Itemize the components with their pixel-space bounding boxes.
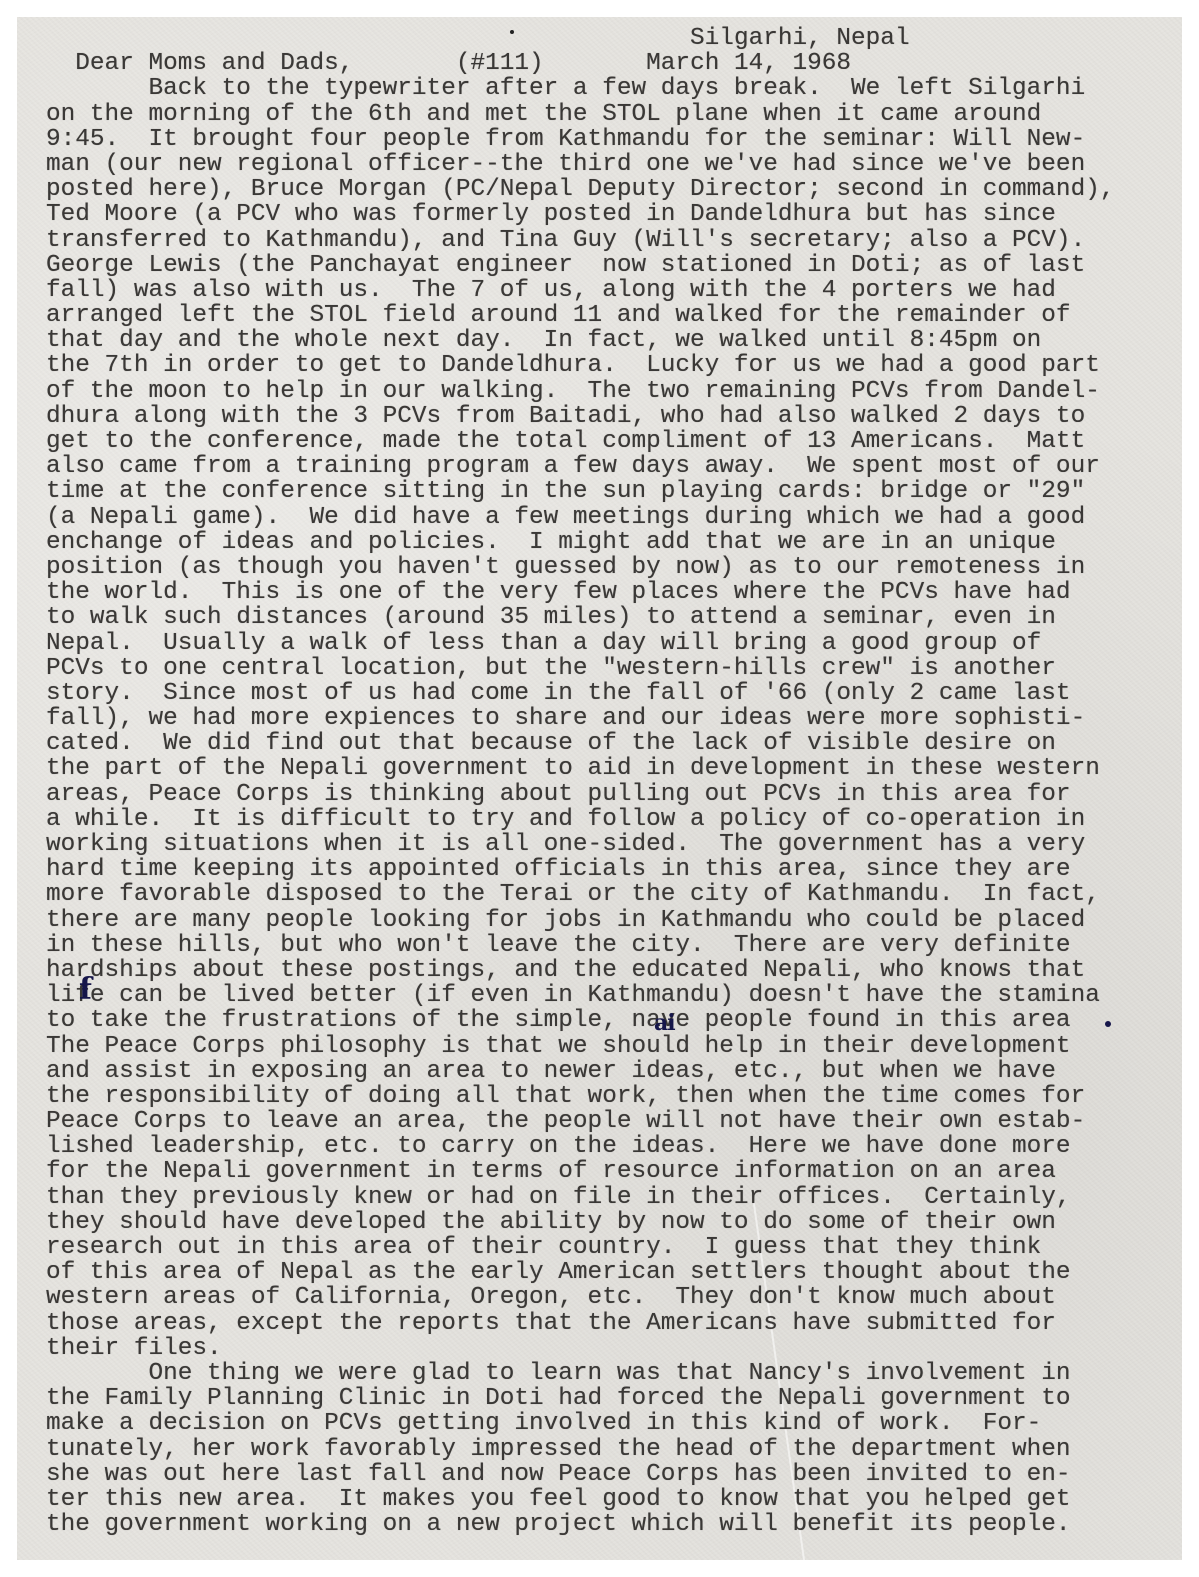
typed-line: a while. It is difficult to try and foll…	[46, 807, 1114, 832]
typed-line: arranged left the STOL field around 11 a…	[46, 303, 1114, 328]
typed-line: PCVs to one central location, but the "w…	[46, 656, 1114, 681]
typed-line: the world. This is one of the very few p…	[46, 580, 1114, 605]
salutation: Dear Moms and Dads,	[75, 50, 353, 77]
typed-line: hardships about these postings, and the …	[46, 958, 1114, 983]
typed-line: of this area of Nepal as the early Ameri…	[46, 1260, 1114, 1285]
typed-line: they should have developed the ability b…	[46, 1210, 1114, 1235]
typed-line: fall) was also with us. The 7 of us, alo…	[46, 278, 1114, 303]
typed-line: that day and the whole next day. In fact…	[46, 328, 1114, 353]
typed-line: make a decision on PCVs getting involved…	[46, 1411, 1114, 1436]
typed-line: of the moon to help in our walking. The …	[46, 379, 1114, 404]
letter-number: (#111)	[456, 50, 544, 77]
typed-line: to walk such distances (around 35 miles)…	[46, 605, 1114, 630]
typed-line: the responsibility of doing all that wor…	[46, 1084, 1114, 1109]
typed-line: George Lewis (the Panchayat engineer now…	[46, 253, 1114, 278]
spacer	[46, 50, 75, 77]
body-lines: Back to the typewriter after a few days …	[46, 76, 1114, 1537]
handwritten-correction-f: f	[79, 972, 92, 1007]
spacer	[544, 50, 646, 77]
typed-line: also came from a training program a few …	[46, 454, 1114, 479]
typed-line: there are many people looking for jobs i…	[46, 908, 1114, 933]
typed-line: get to the conference, made the total co…	[46, 429, 1114, 454]
typed-line: Back to the typewriter after a few days …	[46, 76, 1114, 101]
typed-line: the 7th in order to get to Dandeldhura. …	[46, 353, 1114, 378]
typed-line: than they previously knew or had on file…	[46, 1185, 1114, 1210]
typed-line: areas, Peace Corps is thinking about pul…	[46, 782, 1114, 807]
typed-line: 9:45. It brought four people from Kathma…	[46, 127, 1114, 152]
typed-line: tunately, her work favorably impressed t…	[46, 1437, 1114, 1462]
typed-line: in these hills, but who won't leave the …	[46, 933, 1114, 958]
spacer	[353, 50, 455, 77]
typed-line: One thing we were glad to learn was that…	[46, 1361, 1114, 1386]
typed-line: on the morning of the 6th and met the ST…	[46, 102, 1114, 127]
header-salutation-line: Dear Moms and Dads, (#111) March 14, 196…	[46, 51, 1114, 76]
typed-line: working situations when it is all one-si…	[46, 832, 1114, 857]
typed-line: ter this new area. It makes you feel goo…	[46, 1487, 1114, 1512]
typed-line: to take the frustrations of the simple, …	[46, 1008, 1114, 1033]
typed-line: those areas, except the reports that the…	[46, 1311, 1114, 1336]
typed-line: cated. We did find out that because of t…	[46, 731, 1114, 756]
typed-line: fall), we had more expiences to share an…	[46, 706, 1114, 731]
typed-line: man (our new regional officer--the third…	[46, 152, 1114, 177]
handwritten-correction-naive: ai	[654, 1010, 675, 1036]
typed-line: dhura along with the 3 PCVs from Baitadi…	[46, 404, 1114, 429]
typed-line: Ted Moore (a PCV who was formerly posted…	[46, 202, 1114, 227]
typed-line: hard time keeping its appointed official…	[46, 857, 1114, 882]
typed-line: (a Nepali game). We did have a few meeti…	[46, 505, 1114, 530]
typed-line: enchange of ideas and policies. I might …	[46, 530, 1114, 555]
typed-line: their files.	[46, 1336, 1114, 1361]
typed-line: the part of the Nepali government to aid…	[46, 756, 1114, 781]
typed-line: story. Since most of us had come in the …	[46, 681, 1114, 706]
typed-line: transferred to Kathmandu), and Tina Guy …	[46, 228, 1114, 253]
typed-line: western areas of California, Oregon, etc…	[46, 1285, 1114, 1310]
typed-line: research out in this area of their count…	[46, 1235, 1114, 1260]
typed-line: Nepal. Usually a walk of less than a day…	[46, 631, 1114, 656]
typed-line: lished leadership, etc. to carry on the …	[46, 1134, 1114, 1159]
handwritten-period	[1105, 1021, 1111, 1027]
typed-line: more favorable disposed to the Terai or …	[46, 882, 1114, 907]
typed-line: and assist in exposing an area to newer …	[46, 1059, 1114, 1084]
letter-date: March 14, 1968	[646, 50, 851, 77]
typed-line: position (as though you haven't guessed …	[46, 555, 1114, 580]
typed-line: the Family Planning Clinic in Doti had f…	[46, 1386, 1114, 1411]
typed-line: posted here), Bruce Morgan (PC/Nepal Dep…	[46, 177, 1114, 202]
typed-line: The Peace Corps philosophy is that we sh…	[46, 1034, 1114, 1059]
location: Silgarhi, Nepal	[690, 25, 910, 52]
typed-line: time at the conference sitting in the su…	[46, 479, 1114, 504]
spacer	[46, 25, 690, 52]
letter-body: Silgarhi, Nepal Dear Moms and Dads, (#11…	[46, 26, 1114, 1537]
typed-line: the government working on a new project …	[46, 1512, 1114, 1537]
header-location-line: Silgarhi, Nepal	[46, 26, 1114, 51]
typed-line: Peace Corps to leave an area, the people…	[46, 1109, 1114, 1134]
typed-line: she was out here last fall and now Peace…	[46, 1462, 1114, 1487]
typed-line: life can be lived better (if even in Kat…	[46, 983, 1114, 1008]
typed-line: for the Nepali government in terms of re…	[46, 1159, 1114, 1184]
